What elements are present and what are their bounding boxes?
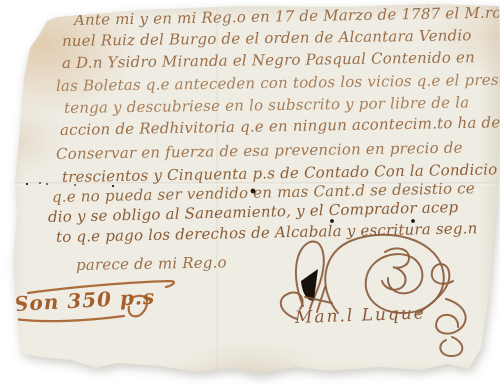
ink-blot — [301, 269, 318, 301]
manuscript-line-2: nuel Ruiz del Burgo de el orden de Alcan… — [62, 28, 472, 49]
amount-note: Son 350 p.s — [13, 285, 155, 316]
rubric-spiral — [325, 235, 443, 313]
rubric-inner-curl — [382, 248, 409, 289]
rubric-tail-lower — [440, 337, 462, 356]
manuscript-line-12: parece de mi Reg.o — [76, 255, 227, 273]
manuscript-line-7: Conservar en fuerza de esa prevencion en… — [56, 141, 463, 162]
manuscript-line-11: to q.e pago los derechos de Alcabala y e… — [56, 221, 478, 245]
manuscript-paper: Ante mi y en mi Reg.o en 17 de Marzo de … — [0, 0, 500, 385]
rubric-tail-middle — [436, 299, 466, 334]
amount-underline-stroke — [14, 316, 124, 321]
manuscript-line-5: tenga y descubriese en lo subscrito y po… — [64, 95, 469, 116]
photo-background: Ante mi y en mi Reg.o en 17 de Marzo de … — [0, 0, 500, 385]
manuscript-line-1: Ante mi y en mi Reg.o en 17 de Marzo de … — [74, 4, 500, 28]
manuscript-line-6: accion de Redhivitoria q.e en ningun aco… — [60, 115, 500, 138]
manuscript-line-3: a D.n Ysidro Miranda el Negro Pasqual Co… — [62, 50, 475, 71]
manuscript-line-4: las Boletas q.e anteceden con todos los … — [56, 72, 500, 94]
signature-name: Man.l Luque — [295, 303, 426, 328]
paper-shadow: Ante mi y en mi Reg.o en 17 de Marzo de … — [0, 0, 500, 385]
rubric-left-loop — [296, 241, 324, 309]
